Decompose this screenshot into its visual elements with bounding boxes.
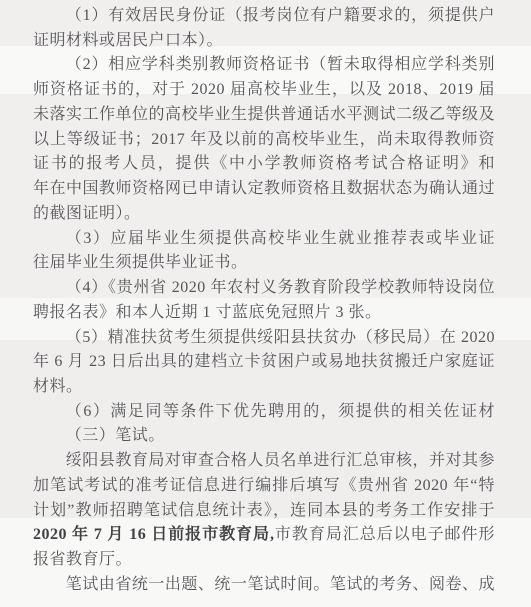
text-line: 笔试由省统一出题、统一笔试时间。笔试的考务、阅卷、成: [33, 573, 495, 598]
text-line: 年 6 月 23 日后出具的建档立卡贫困户或易地扶贫搬迁户家庭证明: [33, 350, 495, 375]
text-line: （6）满足同等条件下优先聘用的，须提供的相关佐证材料。: [33, 400, 495, 425]
text-line: （1）有效居民身份证（报考岗位有户籍要求的，须提供户籍: [33, 4, 495, 29]
text-line: （5）精准扶贫考生须提供绥阳县扶贫办（移民局）在 2020: [33, 326, 495, 351]
text-line: 加笔试考试的准考证信息进行编排后填写《贵州省 2020 年“特岗: [33, 474, 495, 499]
section-heading-line: （三）笔试。: [33, 424, 495, 449]
text-line: 年在中国教师资格网已申请认定教师资格且数据状态为确认通过: [33, 177, 495, 202]
text-line: （3）应届毕业生须提供高校毕业生就业推荐表或毕业证书；: [33, 227, 495, 252]
text-line: （2）相应学科类别教师资格证书（暂未取得相应学科类别教: [33, 53, 495, 78]
text-line: 未落实工作单位的高校毕业生提供普通话水平测试二级乙等级及: [33, 103, 495, 128]
text-line: 2020 年 7 月 16 日前报市教育局,市教育局汇总后以电子邮件形式: [33, 523, 495, 548]
text-line: 聘报名表》和本人近期 1 寸蓝底免冠照片 3 张。: [33, 301, 495, 326]
text-line: （4）《贵州省 2020 年农村义务教育阶段学校教师特设岗位招: [33, 276, 495, 301]
text-line: 师资格证书的，对于 2020 届高校毕业生，以及 2018、2019 届尚: [33, 78, 495, 103]
text-line: 计划”教师招聘笔试信息统计表》，连同本县的考务工作安排于: [33, 499, 495, 524]
text-line: 证书的报考人员，提供《中小学教师资格考试合格证明》和 2020: [33, 152, 495, 177]
text-line: 往届毕业生须提供毕业证书。: [33, 251, 495, 276]
text-line: 报省教育厅。: [33, 548, 495, 573]
text-line: 证明材料或居民户口本）。: [33, 29, 495, 54]
text-line: 的截图证明）。: [33, 202, 495, 227]
document-page: （1）有效居民身份证（报考岗位有户籍要求的，须提供户籍 证明材料或居民户口本）。…: [0, 0, 531, 607]
text-line: 材料。: [33, 375, 495, 400]
text-line: 以上等级证书；2017 年及以前的高校毕业生，尚未取得教师资格: [33, 128, 495, 153]
deadline-bold-text: 2020 年 7 月 16 日前报市教育局,: [33, 526, 274, 543]
text-line: 绥阳县教育局对审查合格人员名单进行汇总审核，并对其参: [33, 449, 495, 474]
